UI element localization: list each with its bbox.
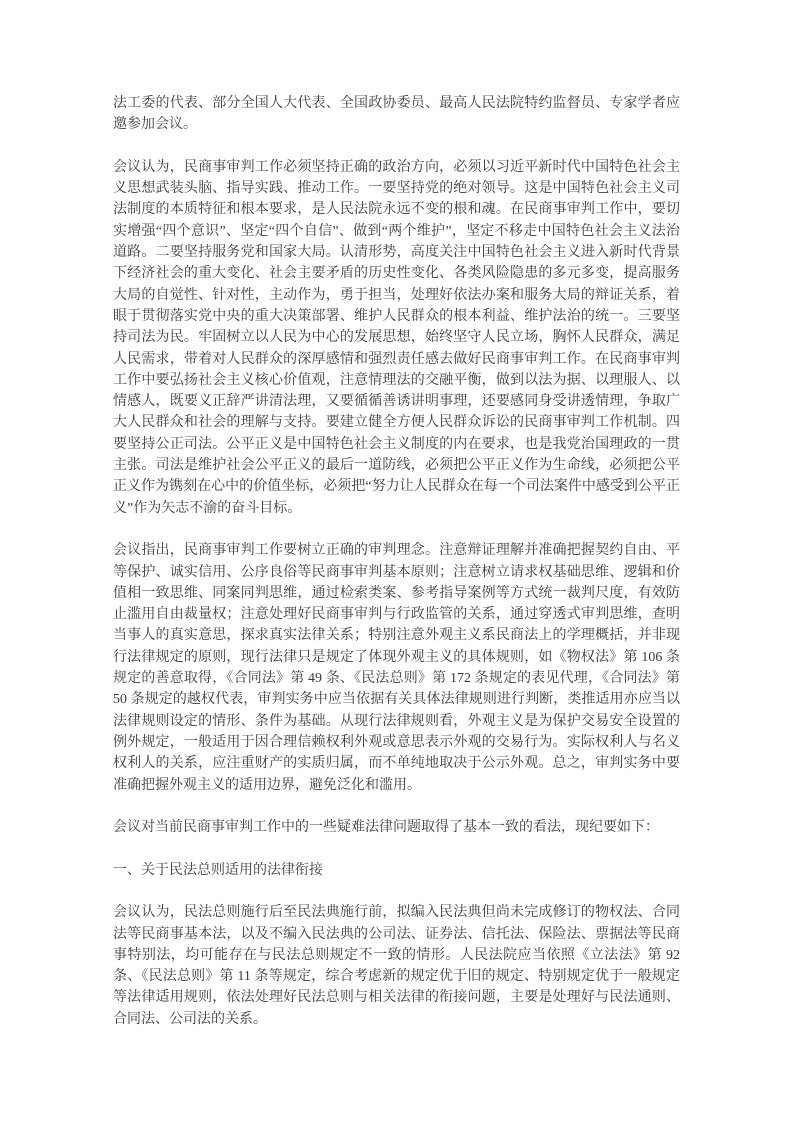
paragraph-attendees: 法工委的代表、部分全国人大代表、全国政协委员、最高人民法院特约监督员、专家学者应… bbox=[113, 93, 680, 136]
paragraph-law-convergence: 会议认为，民法总则施行后至民法典施行前，拟编入民法典但尚未完成修订的物权法、合同… bbox=[113, 902, 680, 1030]
section-heading-civil-law-general-provisions: 一、关于民法总则适用的法律衔接 bbox=[113, 860, 680, 881]
document-body: 法工委的代表、部分全国人大代表、全国政协委员、最高人民法院特约监督员、专家学者应… bbox=[113, 93, 680, 1030]
document-page: 法工委的代表、部分全国人大代表、全国政协委员、最高人民法院特约监督员、专家学者应… bbox=[0, 0, 793, 1122]
paragraph-trial-philosophy: 会议指出，民商事审判工作要树立正确的审判理念。注意辩证理解并准确把握契约自由、平… bbox=[113, 540, 680, 796]
paragraph-consensus-intro: 会议对当前民商事审判工作中的一些疑难法律问题取得了基本一致的看法，现纪要如下： bbox=[113, 817, 680, 838]
paragraph-political-direction: 会议认为，民商事审判工作必须坚持正确的政治方向，必须以习近平新时代中国特色社会主… bbox=[113, 157, 680, 519]
